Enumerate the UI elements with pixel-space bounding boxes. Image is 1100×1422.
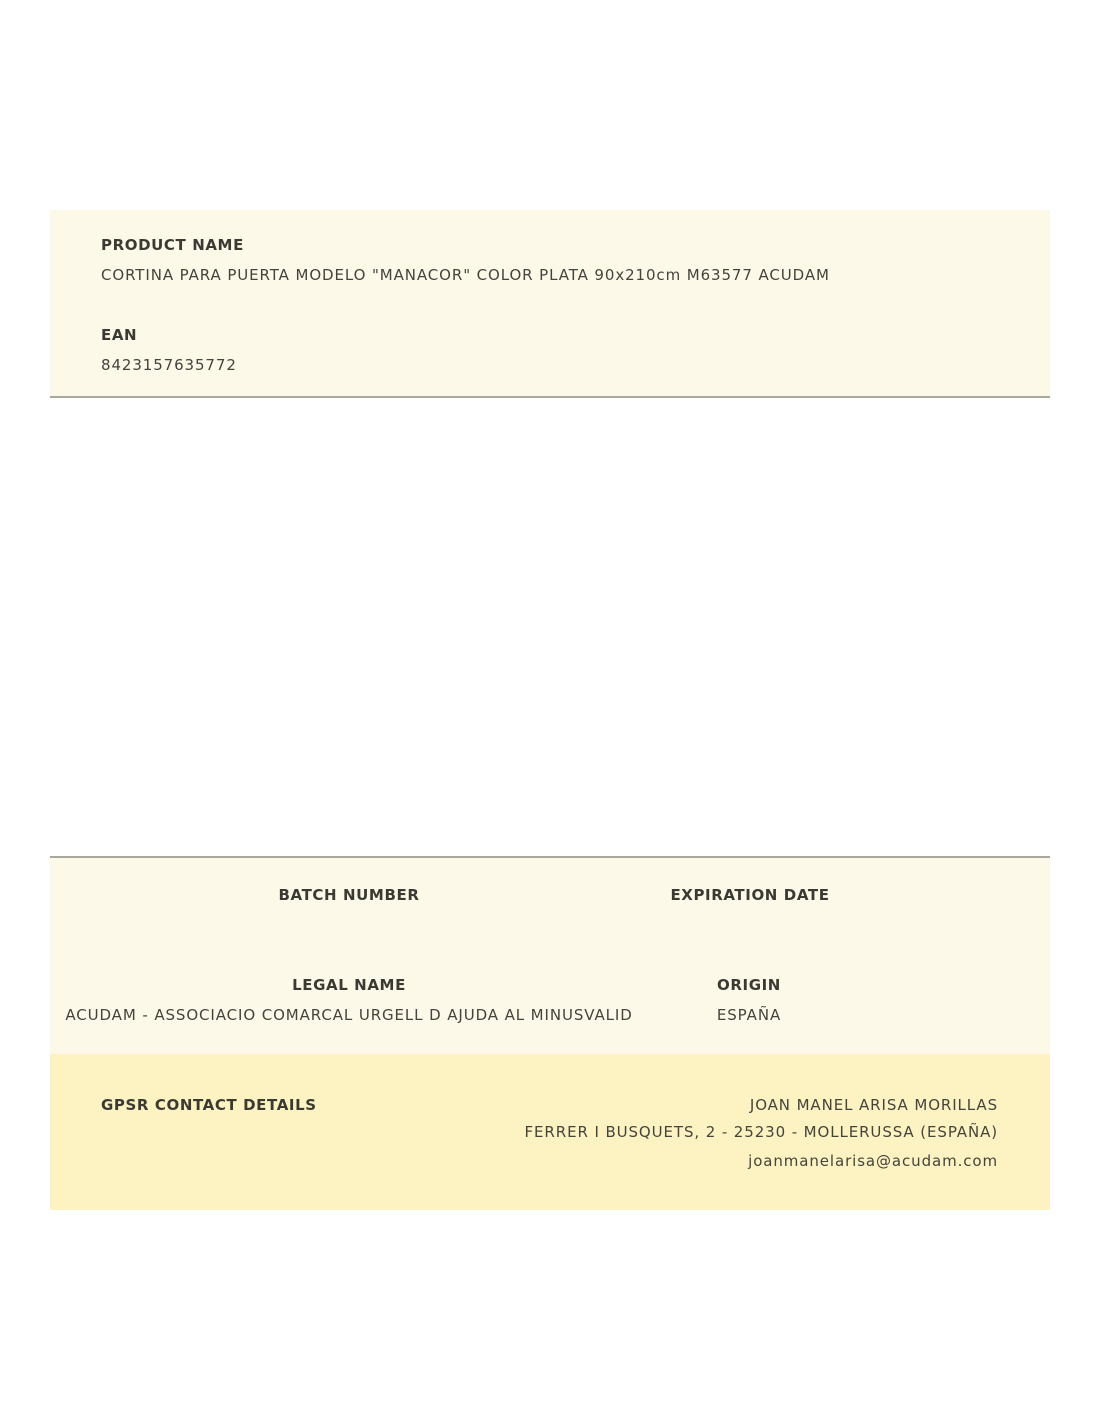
contact-details-label: GPSR CONTACT DETAILS: [101, 1096, 317, 1114]
origin-value: ESPAÑA: [717, 1006, 781, 1024]
product-name-label: PRODUCT NAME: [101, 236, 244, 254]
details-panel: BATCH NUMBER EXPIRATION DATE LEGAL NAME …: [50, 856, 1050, 1056]
batch-number-label: BATCH NUMBER: [279, 886, 420, 904]
legal-name-label: LEGAL NAME: [292, 976, 406, 994]
ean-label: EAN: [101, 326, 137, 344]
contact-name: JOAN MANEL ARISA MORILLAS: [750, 1096, 998, 1114]
contact-email[interactable]: joanmanelarisa@acudam.com: [748, 1152, 998, 1170]
expiration-date-label: EXPIRATION DATE: [670, 886, 829, 904]
legal-name-value: ACUDAM - ASSOCIACIO COMARCAL URGELL D AJ…: [65, 1006, 632, 1024]
product-name-value: CORTINA PARA PUERTA MODELO "MANACOR" COL…: [101, 266, 830, 284]
ean-value: 8423157635772: [101, 356, 237, 374]
origin-label: ORIGIN: [717, 976, 781, 994]
product-info-panel: PRODUCT NAME CORTINA PARA PUERTA MODELO …: [50, 210, 1050, 398]
contact-address: FERRER I BUSQUETS, 2 - 25230 - MOLLERUSS…: [525, 1123, 998, 1141]
contact-panel: GPSR CONTACT DETAILS JOAN MANEL ARISA MO…: [50, 1054, 1050, 1210]
